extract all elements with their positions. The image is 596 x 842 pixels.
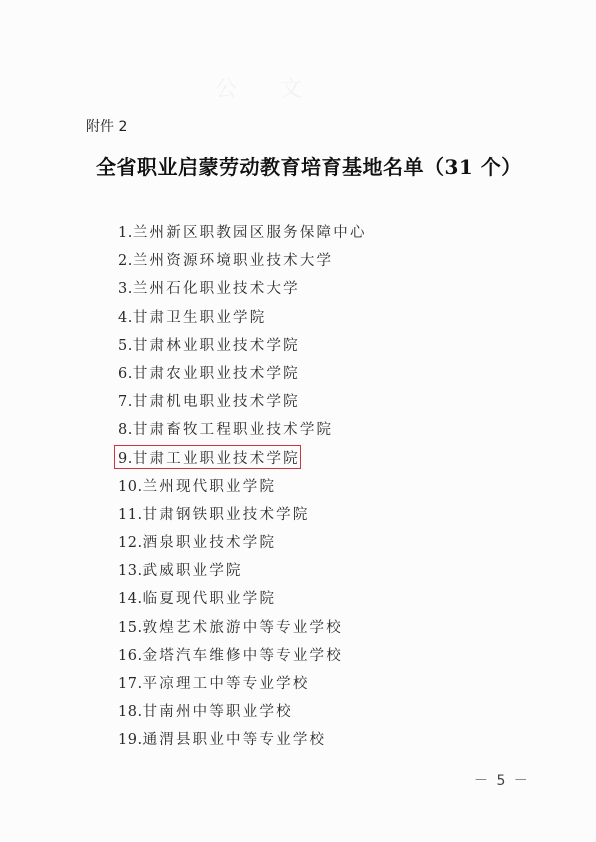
item-name: 甘肃钢铁职业技术学院 (143, 507, 310, 523)
page-number: － 5 － (474, 770, 530, 790)
item-number: 1. (118, 225, 133, 241)
list-item: 18.甘南州中等职业学校 (118, 698, 367, 726)
item-number: 18. (118, 704, 143, 720)
item-number: 19. (118, 732, 143, 748)
item-name: 酒泉职业技术学院 (143, 535, 277, 551)
item-name: 平凉理工中等专业学校 (143, 676, 310, 692)
item-name: 甘肃畜牧工程职业技术学院 (133, 422, 333, 438)
item-name: 武威职业学院 (143, 563, 243, 579)
item-number: 8. (118, 422, 133, 438)
document-title: 全省职业启蒙劳动教育培育基地名单（31 个） (96, 151, 522, 180)
list-item: 15.敦煌艺术旅游中等专业学校 (118, 614, 367, 642)
item-number: 2. (118, 253, 133, 269)
item-number: 14. (118, 591, 143, 607)
list-item: 14.临夏现代职业学院 (118, 585, 367, 613)
list-item: 3.兰州石化职业技术大学 (118, 275, 367, 303)
item-number: 10. (118, 479, 143, 495)
institution-list: 1.兰州新区职教园区服务保障中心 2.兰州资源环境职业技术大学 3.兰州石化职业… (118, 219, 367, 755)
item-name: 甘肃卫生职业学院 (133, 310, 267, 326)
item-number: 7. (118, 394, 133, 410)
item-number: 13. (118, 563, 143, 579)
item-name: 甘肃机电职业技术学院 (133, 394, 300, 410)
item-name: 临夏现代职业学院 (143, 591, 277, 607)
list-item: 12.酒泉职业技术学院 (118, 529, 367, 557)
list-item: 1.兰州新区职教园区服务保障中心 (118, 219, 367, 247)
list-item: 11.甘肃钢铁职业技术学院 (118, 501, 367, 529)
list-item: 8.甘肃畜牧工程职业技术学院 (118, 416, 367, 444)
item-number: 15. (118, 620, 143, 636)
list-item: 7.甘肃机电职业技术学院 (118, 388, 367, 416)
list-item: 5.甘肃林业职业技术学院 (118, 332, 367, 360)
item-name: 甘肃工业职业技术学院 (133, 451, 300, 467)
document-page: 公 文 附件 2 全省职业启蒙劳动教育培育基地名单（31 个） 1.兰州新区职教… (0, 0, 596, 842)
item-name: 兰州新区职教园区服务保障中心 (133, 225, 367, 241)
faint-watermark: 公 文 (215, 72, 320, 103)
list-item: 13.武威职业学院 (118, 557, 367, 585)
list-item: 10.兰州现代职业学院 (118, 473, 367, 501)
item-name: 甘南州中等职业学校 (143, 704, 293, 720)
item-number: 3. (118, 281, 133, 297)
list-item: 4.甘肃卫生职业学院 (118, 304, 367, 332)
attachment-label: 附件 2 (86, 116, 127, 136)
item-name: 通渭县职业中等专业学校 (143, 732, 327, 748)
item-number: 17. (118, 676, 143, 692)
item-name: 兰州现代职业学院 (143, 479, 277, 495)
item-number: 16. (118, 648, 143, 664)
list-item: 19.通渭县职业中等专业学校 (118, 726, 367, 754)
item-number: 6. (118, 366, 133, 382)
list-item: 6.甘肃农业职业技术学院 (118, 360, 367, 388)
list-item: 2.兰州资源环境职业技术大学 (118, 247, 367, 275)
item-name: 甘肃林业职业技术学院 (133, 338, 300, 354)
item-name: 甘肃农业职业技术学院 (133, 366, 300, 382)
item-number: 9. (118, 451, 133, 467)
item-name: 兰州资源环境职业技术大学 (133, 253, 333, 269)
item-number: 5. (118, 338, 133, 354)
item-number: 12. (118, 535, 143, 551)
list-item: 17.平凉理工中等专业学校 (118, 670, 367, 698)
item-number: 11. (118, 507, 143, 523)
list-item: 16.金塔汽车维修中等专业学校 (118, 642, 367, 670)
item-number: 4. (118, 310, 133, 326)
item-name: 金塔汽车维修中等专业学校 (143, 648, 343, 664)
item-name: 兰州石化职业技术大学 (133, 281, 300, 297)
list-item-highlighted: 9.甘肃工业职业技术学院 (118, 445, 367, 473)
item-name: 敦煌艺术旅游中等专业学校 (143, 620, 343, 636)
